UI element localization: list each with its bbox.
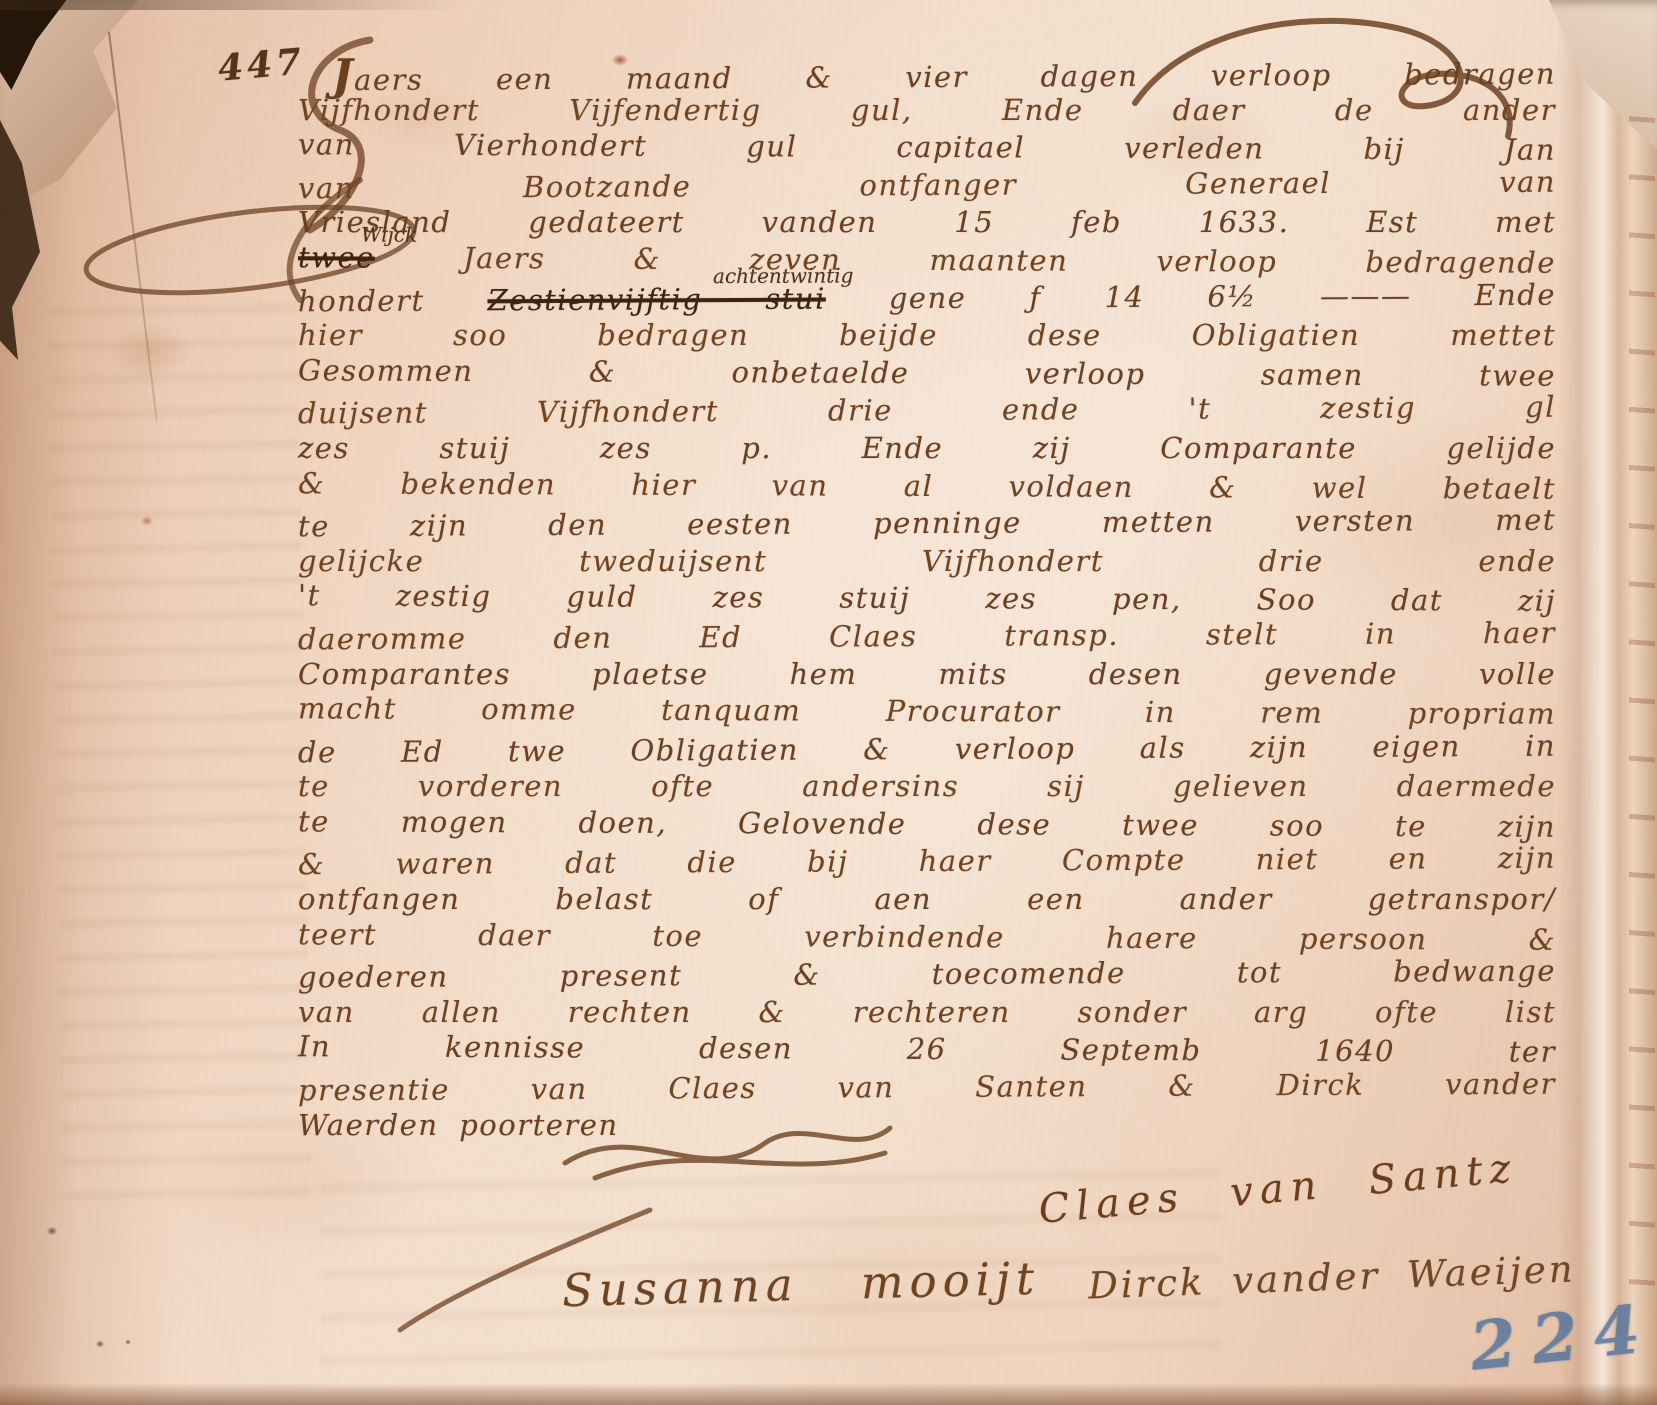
text-line: hier soo bedragen beijde dese Obligatien… xyxy=(298,317,1556,355)
line-text: 't zestig guld zes stuij zes pen, Soo da… xyxy=(298,579,1556,618)
line-text: gelijcke tweduijsent Vijfhondert drie en… xyxy=(298,544,1556,578)
next-page-ink-marks xyxy=(1629,70,1655,1310)
text-line: Vijfhondert Vijfendertig gul, Ende daer … xyxy=(298,92,1556,130)
manuscript-text: Jaers een maand & vier dagen verloop bed… xyxy=(298,54,1556,1144)
line-text: Comparantes plaetse hem mits desen geven… xyxy=(298,657,1556,691)
text-line: & waren dat die bij haer Compte niet en … xyxy=(298,840,1556,884)
text-line: goederen present & toecomende tot bedwan… xyxy=(298,953,1556,997)
line-text: Jaers & zeven maanten verloop bedragende xyxy=(375,241,1556,280)
text-line: Gesommen & onbetaelde verloop samen twee xyxy=(298,352,1556,395)
text-line: van Bootzande ontfanger Generael van xyxy=(298,163,1556,207)
top-edge-shadow xyxy=(0,0,460,10)
page-crease xyxy=(108,32,158,421)
text-line: daeromme den Ed Claes transp. stelt in h… xyxy=(298,615,1556,659)
line-text: In kennisse desen 26 Septemb 1640 ter xyxy=(298,1030,1556,1069)
text-line: zes stuij zes p. Ende zij Comparante gel… xyxy=(298,430,1556,468)
line-text: van allen rechten & rechteren sonder arg… xyxy=(298,995,1556,1029)
line-text: van Bootzande ontfanger Generael van xyxy=(298,164,1556,205)
interlinear-insertion: achtentwintig xyxy=(713,265,854,286)
text-line: gelijcke tweduijsent Vijfhondert drie en… xyxy=(298,543,1556,581)
line-text: duijsent Vijfhondert drie ende 't zestig… xyxy=(298,390,1556,431)
line-text: gene ƒ 14 6½ ——— Ende xyxy=(826,277,1556,315)
line-text: hondert xyxy=(298,283,488,318)
text-line: & bekenden hier van al voldaen & wel bet… xyxy=(298,465,1556,508)
text-line: ontfangen belast of aen een ander getran… xyxy=(298,881,1556,919)
binding-edge xyxy=(0,0,175,1405)
line-text: daeromme den Ed Claes transp. stelt in h… xyxy=(298,616,1556,657)
line-text: zes stuij zes p. Ende zij Comparante gel… xyxy=(298,431,1556,465)
text-line: In kennisse desen 26 Septemb 1640 ter xyxy=(298,1029,1556,1072)
text-line: Wijcktwee Jaers & zeven maanten verloop … xyxy=(298,239,1556,282)
text-line: van Vierhondert gul capitael verleden bi… xyxy=(298,126,1556,169)
line-text: te mogen doen, Gelovende dese twee soo t… xyxy=(298,804,1556,843)
interlinear-insertion: Wijck xyxy=(361,224,417,244)
line-text: te vorderen ofte andersins sij gelieven … xyxy=(298,769,1556,803)
text-line: duijsent Vijfhondert drie ende 't zestig… xyxy=(298,389,1556,433)
folio-number: 447 xyxy=(216,40,306,89)
line-text: Waerden poorteren xyxy=(298,1108,619,1142)
text-line: Jaers een maand & vier dagen verloop bed… xyxy=(298,51,1556,95)
tear-shadow xyxy=(0,0,95,90)
text-line: Vriesland gedateert vanden 15 feb 1633. … xyxy=(298,204,1556,242)
signature-dirck: Dirck vander Waeijen xyxy=(1087,1248,1576,1308)
text-line: 't zestig guld zes stuij zes pen, Soo da… xyxy=(298,578,1556,621)
text-line: te vorderen ofte andersins sij gelieven … xyxy=(298,768,1556,806)
signature-claes: Claes van Santz xyxy=(1037,1145,1519,1233)
text-line: presentie van Claes van Santen & Dirck v… xyxy=(298,1066,1556,1110)
line-text: de Ed twe Obligatien & verloop als zijn … xyxy=(298,728,1556,769)
line-text: van Vierhondert gul capitael verleden bi… xyxy=(298,127,1556,166)
line-text: ontfangen belast of aen een ander getran… xyxy=(298,882,1556,916)
text-line: macht omme tanquam Procurator in rem pro… xyxy=(298,690,1556,733)
text-line: teert daer toe verbindende haere persoon… xyxy=(298,916,1556,959)
line-text: hier soo bedragen beijde dese Obligatien… xyxy=(298,318,1556,352)
line-text: Gesommen & onbetaelde verloop samen twee xyxy=(298,353,1556,392)
line-text: & bekenden hier van al voldaen & wel bet… xyxy=(298,466,1556,505)
line-text: Vriesland gedateert vanden 15 feb 1633. … xyxy=(298,205,1556,239)
tear-shadow xyxy=(0,120,40,360)
line-text: Vijfhondert Vijfendertig gul, Ende daer … xyxy=(298,93,1556,127)
line-text: goederen present & toecomende tot bedwan… xyxy=(298,954,1556,995)
line-text: te zijn den eesten penninge metten verst… xyxy=(298,503,1556,544)
page-edge xyxy=(1557,0,1657,1405)
text-line: Waerden poorteren xyxy=(298,1107,1556,1145)
line-text: teert daer toe verbindende haere persoon… xyxy=(298,917,1556,956)
text-line: van allen rechten & rechteren sonder arg… xyxy=(298,994,1556,1032)
text-line: de Ed twe Obligatien & verloop als zijn … xyxy=(298,727,1556,771)
text-line: te zijn den eesten penninge metten verst… xyxy=(298,502,1556,546)
paper-flap xyxy=(0,0,150,230)
text-line: achtentwintighondert Zestienvijftig stui… xyxy=(298,276,1556,320)
torn-corner xyxy=(0,0,150,400)
manuscript-photo: 447 Jaers een maand & vier dagen verloop… xyxy=(0,0,1657,1405)
ink-bleedthrough xyxy=(47,278,313,1202)
signature-susanna: Susanna mooijt xyxy=(561,1252,1040,1317)
line-text: macht omme tanquam Procurator in rem pro… xyxy=(298,691,1556,730)
archive-stamp-number: 224 xyxy=(1466,1289,1657,1386)
bottom-edge-shadow xyxy=(0,1383,1657,1405)
line-text: presentie van Claes van Santen & Dirck v… xyxy=(298,1067,1556,1108)
text-line: Comparantes plaetse hem mits desen geven… xyxy=(298,656,1556,694)
line-text: & waren dat die bij haer Compte niet en … xyxy=(298,841,1556,882)
